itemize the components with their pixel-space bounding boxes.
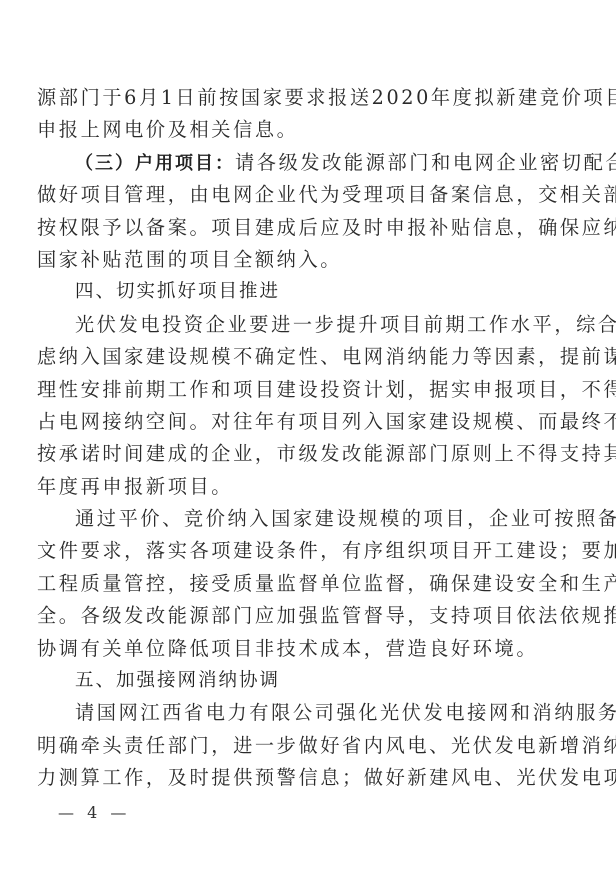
- text-line: 通过平价、竞价纳入国家建设规模的项目，企业可按照备案: [37, 503, 541, 535]
- text-line: 申报上网电价及相关信息。: [37, 114, 541, 146]
- section-heading-5: 五、加强接网消纳协调: [37, 665, 541, 697]
- text-line: 请国网江西省电力有限公司强化光伏发电接网和消纳服务，: [37, 697, 541, 729]
- text-line: 明确牵头责任部门，进一步做好省内风电、光伏发电新增消纳能: [37, 730, 541, 762]
- section-heading-4: 四、切实抓好项目推进: [37, 276, 541, 308]
- text-line: 按承诺时间建成的企业，市级发改能源部门原则上不得支持其下: [37, 438, 541, 470]
- text-line: 源部门于6月1日前按国家要求报送2020年度拟新建竞价项目、: [37, 82, 541, 114]
- text-line: 力测算工作，及时提供预警信息；做好新建风电、光伏发电项目: [37, 762, 541, 794]
- text-line: 理性安排前期工作和项目建设投资计划，据实申报项目，不得空: [37, 374, 541, 406]
- text-line: 全。各级发改能源部门应加强监管督导，支持项目依法依规推进，: [37, 600, 541, 632]
- text-line: 文件要求，落实各项建设条件，有序组织项目开工建设；要加强: [37, 535, 541, 567]
- text-line: 请各级发改能源部门和电网企业密切配合: [235, 151, 616, 174]
- text-line: 光伏发电投资企业要进一步提升项目前期工作水平，综合考: [37, 309, 541, 341]
- text-line: 协调有关单位降低项目非技术成本，营造良好环境。: [37, 633, 541, 665]
- subsection-lead-household: （三）户用项目：: [75, 153, 235, 174]
- text-line: 国家补贴范围的项目全额纳入。: [37, 244, 541, 276]
- document-body: 源部门于6月1日前按国家要求报送2020年度拟新建竞价项目、 申报上网电价及相关…: [37, 82, 541, 795]
- text-line: 虑纳入国家建设规模不确定性、电网消纳能力等因素，提前谋划，: [37, 341, 541, 373]
- text-line: 年度再申报新项目。: [37, 471, 541, 503]
- document-page: 源部门于6月1日前按国家要求报送2020年度拟新建竞价项目、 申报上网电价及相关…: [0, 0, 616, 882]
- paragraph-household-projects: （三）户用项目：请各级发改能源部门和电网企业密切配合: [37, 147, 541, 179]
- page-number: — 4 —: [58, 803, 130, 822]
- text-line: 工程质量管控，接受质量监督单位监督，确保建设安全和生产安: [37, 568, 541, 600]
- text-line: 占电网接纳空间。对往年有项目列入国家建设规模、而最终不能: [37, 406, 541, 438]
- text-line: 做好项目管理，由电网企业代为受理项目备案信息，交相关部门: [37, 179, 541, 211]
- text-line: 按权限予以备案。项目建成后应及时申报补贴信息，确保应纳入: [37, 212, 541, 244]
